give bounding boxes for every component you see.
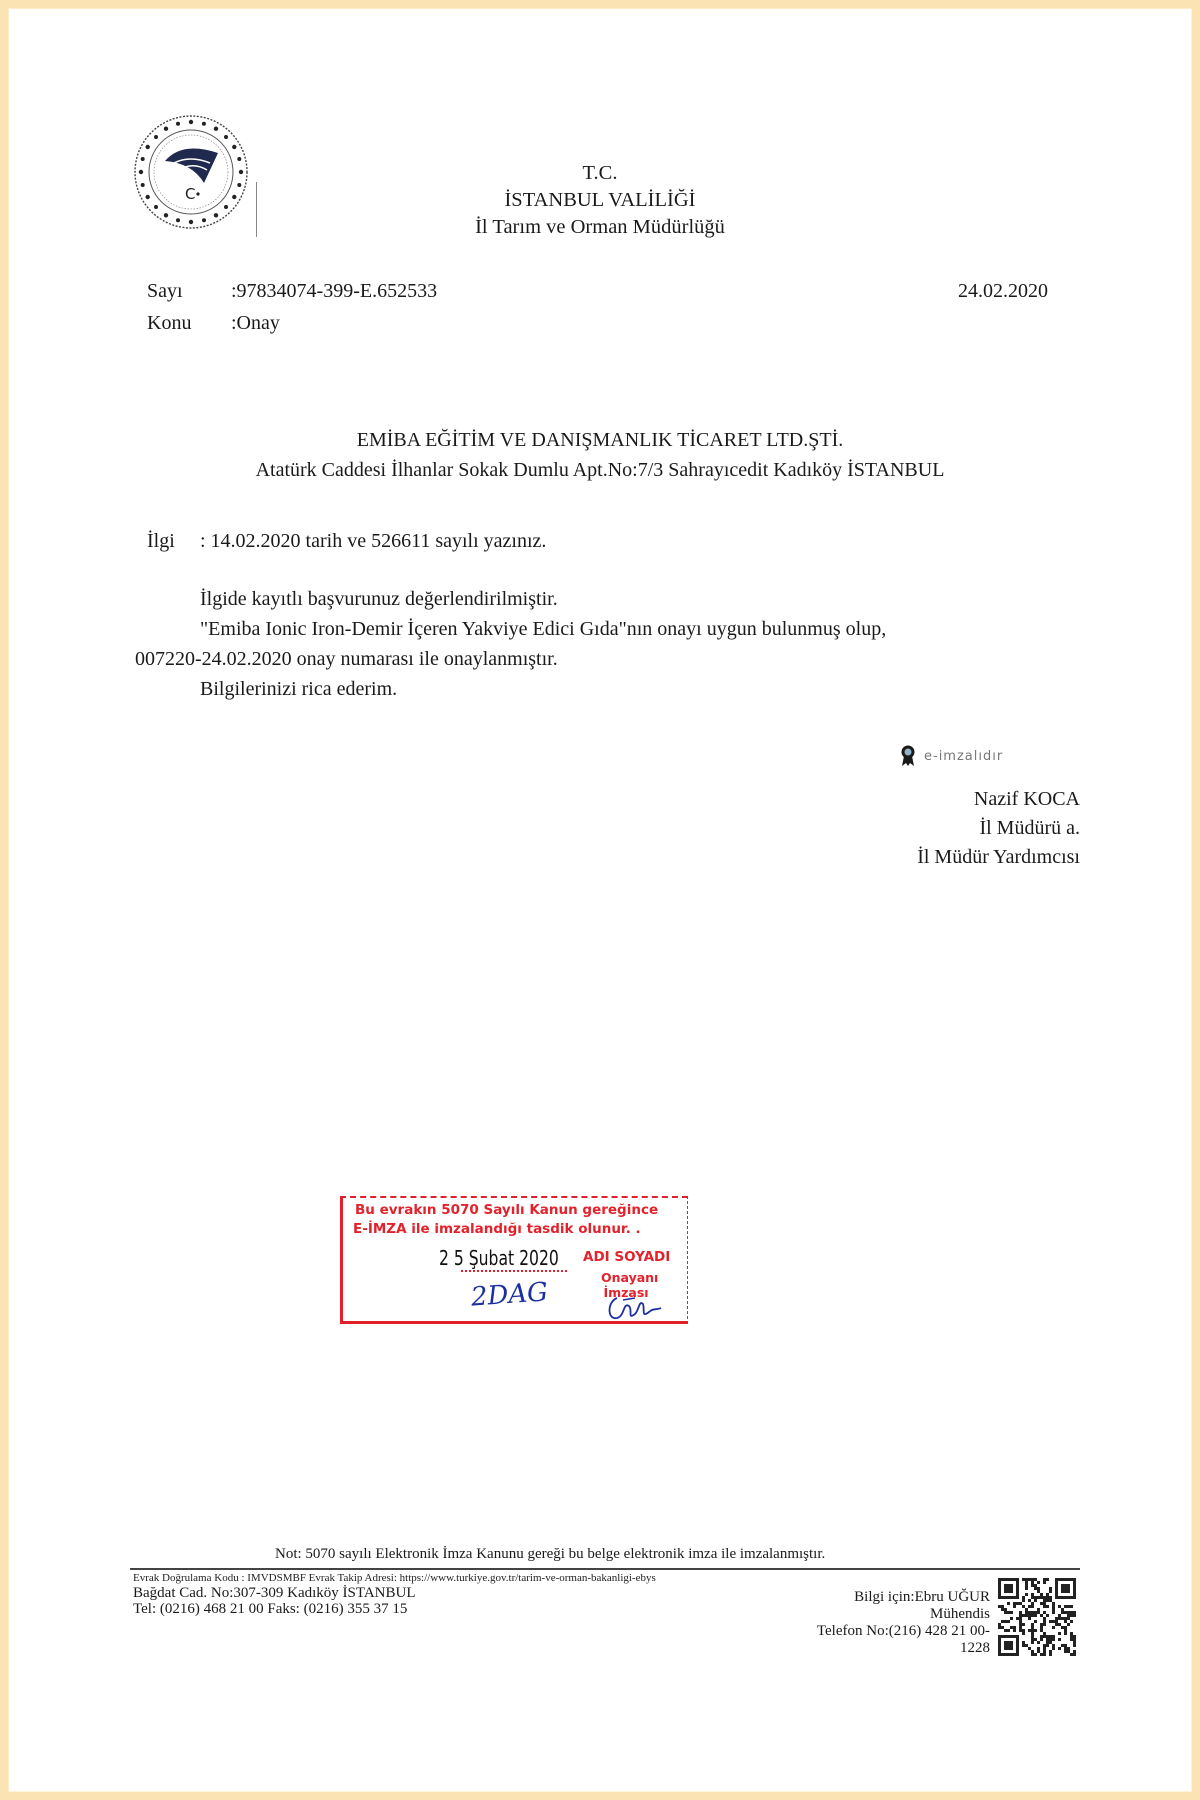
reference-line: İlgi: 14.02.2020 tarih ve 526611 sayılı … [147,530,546,553]
body-paragraph-2-line-1: "Emiba Ionic Iron-Demir İçeren Yakviye E… [135,614,1075,644]
letter-body: İlgide kayıtlı başvurunuz değerlendirilm… [135,584,1075,704]
svg-text:C: C [185,185,195,203]
recipient-block: EMİBA EĞİTİM VE DANIŞMANLIK TİCARET LTD.… [150,425,1050,485]
footer-phone-fax: Tel: (0216) 468 21 00 Faks: (0216) 355 3… [133,1601,656,1617]
signer-block: Nazif KOCA İl Müdürü a. İl Müdür Yardımc… [850,785,1080,872]
logo-divider [256,182,257,237]
body-closing: Bilgilerinizi rica ederim. [135,674,1075,704]
header-governorship: İSTANBUL VALİLİĞİ [300,187,900,214]
handwritten-signature-icon [605,1290,665,1324]
document-number: Sayı:97834074-399-E.652533 [147,280,437,303]
footer-note: Not: 5070 sayılı Elektronik İmza Kanunu … [275,1546,825,1563]
signer-title-2: İl Müdür Yardımcısı [850,843,1080,872]
page-frame-inner [8,8,1192,1792]
reference-value: : 14.02.2020 tarih ve 526611 sayılı yazı… [200,530,546,552]
subject-value: :Onay [231,312,280,334]
handwritten-initials: 2DAG [470,1277,549,1312]
contact-extension: 1228 [760,1640,990,1657]
footer-address: Bağdat Cad. No:307-309 Kadıköy İSTANBUL [133,1585,656,1601]
esignature-text: e-imzalıdır [924,749,1003,764]
certification-stamp: Bu evrakın 5070 Sayılı Kanun gereğince E… [340,1196,688,1324]
contact-person: Bilgi için:Ebru UĞUR [760,1589,990,1606]
number-value: :97834074-399-E.652533 [231,280,437,302]
signer-title-1: İl Müdürü a. [850,814,1080,843]
reference-label: İlgi [147,530,200,553]
header-tc: T.C. [300,160,900,187]
document-subject: Konu:Onay [147,312,280,335]
number-label: Sayı [147,280,231,303]
signer-name: Nazif KOCA [850,785,1080,814]
stamp-date: 2 5 Şubat 2020 [439,1246,559,1270]
body-paragraph-1: İlgide kayıtlı başvurunuz değerlendirilm… [135,584,1075,614]
page-frame [0,0,1200,1800]
stamp-name-label: ADI SOYADI [583,1249,670,1265]
stamp-signature-label-1: Onayanı [601,1270,651,1285]
header-directorate: İl Tarım ve Orman Müdürlüğü [300,214,900,241]
stamp-date-dotted-line [461,1270,567,1272]
footer-contact-right: Bilgi için:Ebru UĞUR Mühendis Telefon No… [760,1589,990,1657]
contact-phone: Telefon No:(216) 428 21 00- [760,1623,990,1640]
stamp-text-line-2: E-İMZA ile imzalandığı tasdik olunur. . [353,1221,641,1237]
footer-divider [130,1568,1080,1570]
subject-label: Konu [147,312,231,335]
rosette-badge-icon [900,745,916,767]
letterhead: T.C. İSTANBUL VALİLİĞİ İl Tarım ve Orman… [300,160,900,241]
stamp-text-line-1: Bu evrakın 5070 Sayılı Kanun gereğince [355,1202,658,1218]
recipient-name: EMİBA EĞİTİM VE DANIŞMANLIK TİCARET LTD.… [150,425,1050,455]
ministry-seal-icon: C [132,113,250,231]
body-paragraph-2-line-2: 007220-24.02.2020 onay numarası ile onay… [135,644,1075,674]
esignature-mark: e-imzalıdır [900,745,1003,767]
contact-title: Mühendis [760,1606,990,1623]
qr-code-icon [998,1578,1076,1656]
verification-code: Evrak Doğrulama Kodu : IMVDSMBF Evrak Ta… [133,1572,656,1585]
document-date: 24.02.2020 [958,280,1048,303]
recipient-address: Atatürk Caddesi İlhanlar Sokak Dumlu Apt… [150,455,1050,485]
footer-contact-left: Evrak Doğrulama Kodu : IMVDSMBF Evrak Ta… [133,1572,656,1617]
